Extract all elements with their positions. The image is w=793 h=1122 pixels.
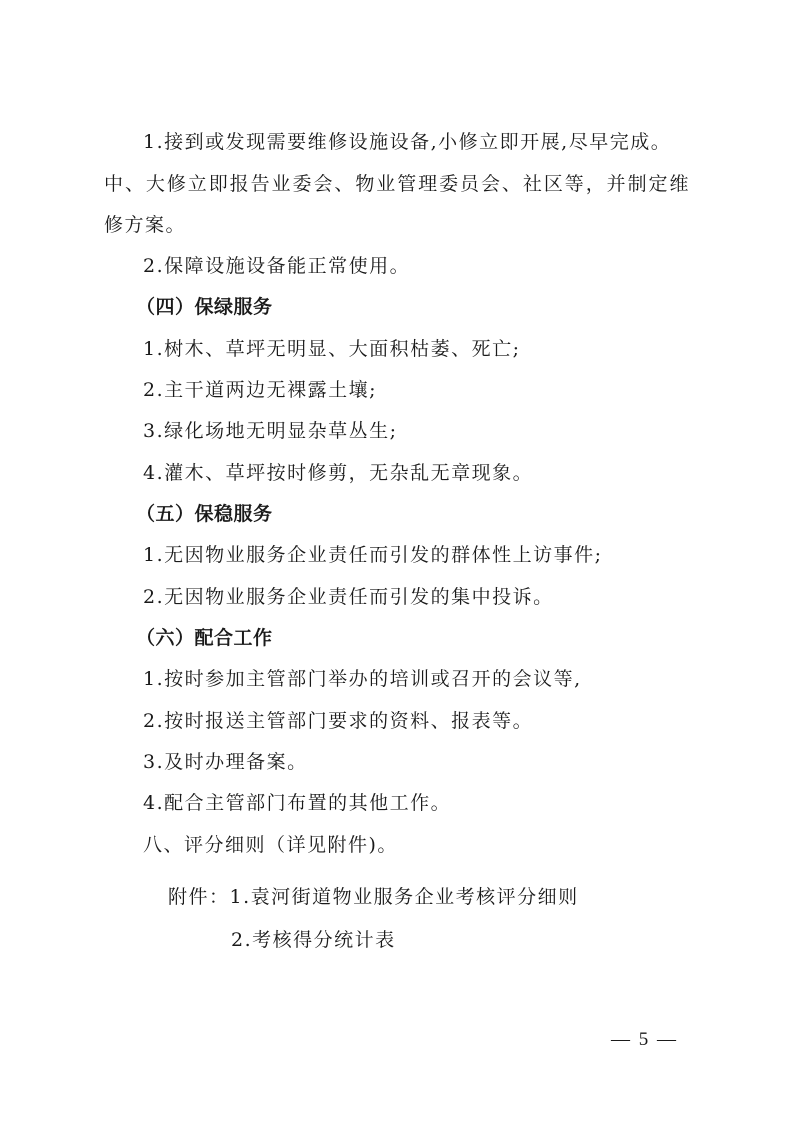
cooperation-item-4: 4.配合主管部门布置的其他工作。 bbox=[143, 791, 451, 815]
greening-item-3: 3.绿化场地无明显杂草丛生; bbox=[143, 419, 398, 443]
attachment-line-2: 2.考核得分统计表 bbox=[231, 928, 396, 952]
cooperation-item-2: 2.按时报送主管部门要求的资料、报表等。 bbox=[143, 709, 533, 733]
maintenance-item-2: 2.保障设施设备能正常使用。 bbox=[143, 254, 410, 278]
maintenance-item-1-line-1: 1.接到或发现需要维修设施设备,小修立即开展,尽早完成。 bbox=[143, 130, 671, 154]
greening-item-1: 1.树木、草坪无明显、大面积枯萎、死亡; bbox=[143, 337, 521, 361]
attachment-line-1: 附件：1.袁河街道物业服务企业考核评分细则 bbox=[168, 885, 579, 909]
greening-heading: （四）保绿服务 bbox=[136, 295, 273, 319]
cooperation-heading: （六）配合工作 bbox=[136, 626, 273, 650]
greening-item-4: 4.灌木、草坪按时修剪，无杂乱无章现象。 bbox=[143, 461, 533, 485]
document-page: 1.接到或发现需要维修设施设备,小修立即开展,尽早完成。 中、大修立即报告业委会… bbox=[0, 0, 793, 1122]
page-number: — 5 — bbox=[611, 1028, 678, 1052]
greening-item-2: 2.主干道两边无裸露土壤; bbox=[143, 378, 377, 402]
stability-item-1: 1.无因物业服务企业责任而引发的群体性上访事件; bbox=[143, 543, 603, 567]
scoring-rules: 八、评分细则（详见附件)。 bbox=[143, 833, 398, 857]
cooperation-item-1: 1.按时参加主管部门举办的培训或召开的会议等, bbox=[143, 667, 582, 691]
stability-heading: （五）保稳服务 bbox=[136, 502, 273, 526]
maintenance-item-1-line-3: 修方案。 bbox=[104, 213, 186, 237]
maintenance-item-1-line-2: 中、大修立即报告业委会、物业管理委员会、社区等，并制定维 bbox=[104, 172, 690, 196]
stability-item-2: 2.无因物业服务企业责任而引发的集中投诉。 bbox=[143, 585, 554, 609]
cooperation-item-3: 3.及时办理备案。 bbox=[143, 750, 308, 774]
